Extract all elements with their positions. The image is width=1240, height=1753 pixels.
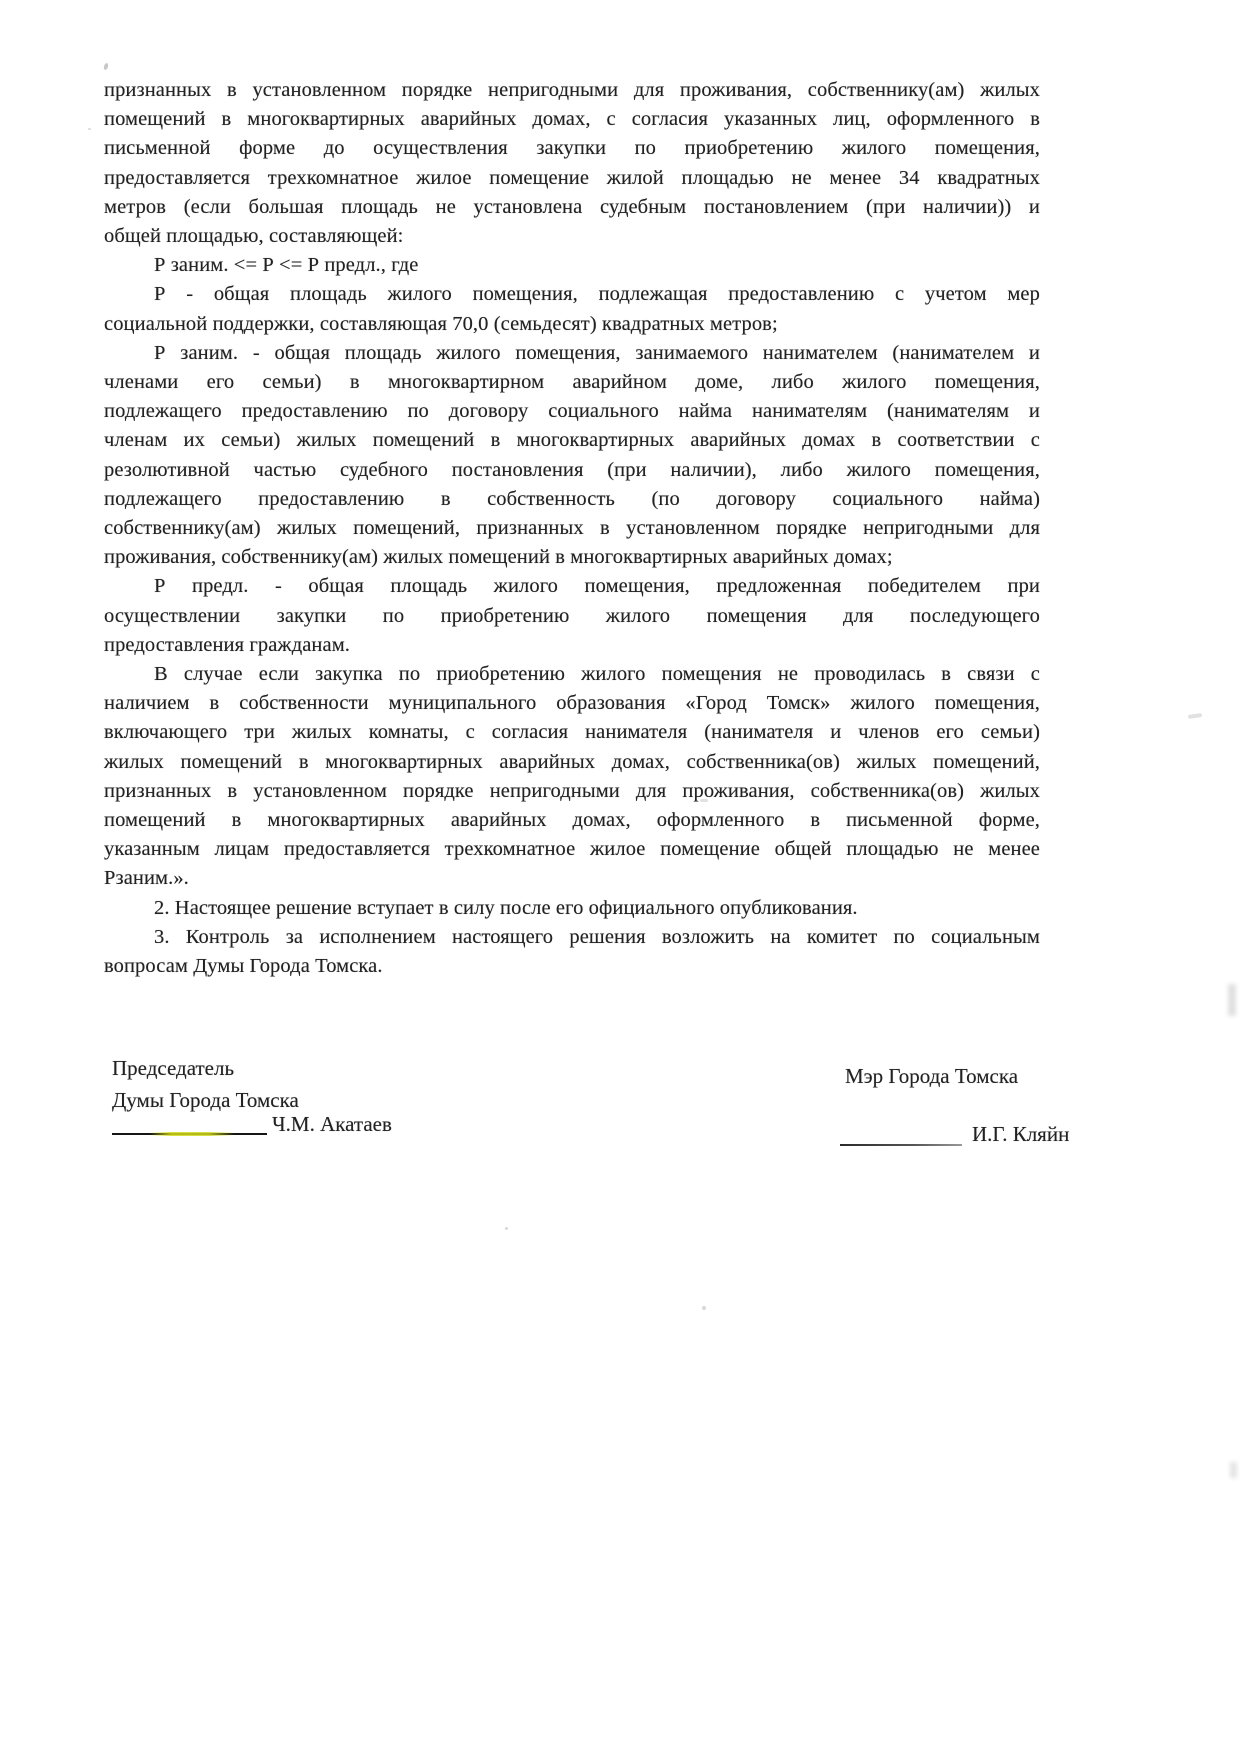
text-line: Р предл. - общая площадь жилого помещени… [104, 572, 1040, 601]
text-line: членами его семьи) в многоквартирном ава… [104, 368, 1040, 397]
scan-smudge [1228, 984, 1236, 1016]
scan-speck [700, 799, 708, 802]
text-line: помещений в многоквартирных аварийных до… [104, 105, 1040, 134]
text-line: 2. Настоящее решение вступает в силу пос… [104, 894, 1040, 923]
signature-right-name: И.Г. Кляйн [972, 1122, 1069, 1147]
text-line: В случае если закупка по приобретению жи… [104, 660, 1040, 689]
scan-speck [702, 1306, 706, 1310]
text-line: 3. Контроль за исполнением настоящего ре… [104, 923, 1040, 952]
text-line: членам их семьи) жилых помещений в много… [104, 426, 1040, 455]
signature-left-name: Ч.М. Акатаев [272, 1112, 392, 1137]
text-line: осуществлении закупки по приобретению жи… [104, 602, 1040, 631]
scanned-document-page: признанных в установленном порядке непри… [0, 0, 1240, 1753]
scan-speck [118, 85, 121, 88]
signature-left-title-line2: Думы Города Томска [112, 1084, 299, 1116]
text-line: помещений в многоквартирных аварийных до… [104, 806, 1040, 835]
document-body-text: признанных в установленном порядке непри… [104, 76, 1040, 981]
text-line: Р заним. - общая площадь жилого помещени… [104, 339, 1040, 368]
signature-right-title-line1: Мэр Города Томска [845, 1060, 1018, 1092]
text-line: предоставления гражданам. [104, 631, 1040, 660]
text-line: наличием в собственности муниципального … [104, 689, 1040, 718]
text-line: предоставляется трехкомнатное жилое поме… [104, 164, 1040, 193]
text-line: Рзаним.». [104, 864, 1040, 893]
scan-speck [88, 128, 91, 130]
signature-left-title: Председатель Думы Города Томска [112, 1052, 299, 1116]
text-line: жилых помещений в многоквартирных аварий… [104, 748, 1040, 777]
text-line: письменной форме до осуществления закупк… [104, 134, 1040, 163]
text-line: подлежащего предоставлению по договору с… [104, 397, 1040, 426]
text-line: признанных в установленном порядке непри… [104, 777, 1040, 806]
text-line: вопросам Думы Города Томска. [104, 952, 1040, 981]
text-line: признанных в установленном порядке непри… [104, 76, 1040, 105]
text-line: указанным лицам предоставляется трехкомн… [104, 835, 1040, 864]
signature-left-line-highlight [150, 1132, 234, 1136]
text-line: Р - общая площадь жилого помещения, подл… [104, 280, 1040, 309]
text-line: метров (если большая площадь не установл… [104, 193, 1040, 222]
text-line: общей площадью, составляющей: [104, 222, 1040, 251]
text-line: подлежащего предоставлению в собственнос… [104, 485, 1040, 514]
signature-right-line [840, 1144, 962, 1146]
text-line: Р заним. <= Р <= Р предл., где [104, 251, 1040, 280]
scan-smudge [1230, 1462, 1237, 1478]
text-line: включающего три жилых комнаты, с согласи… [104, 718, 1040, 747]
text-line: резолютивной частью судебного постановле… [104, 456, 1040, 485]
text-line: проживания, собственнику(ам) жилых помещ… [104, 543, 1040, 572]
signature-left-title-line1: Председатель [112, 1052, 299, 1084]
signature-right-title: Мэр Города Томска [845, 1060, 1018, 1092]
scan-speck [505, 1227, 508, 1230]
signature-left-line [112, 1133, 267, 1135]
text-line: социальной поддержки, составляющая 70,0 … [104, 310, 1040, 339]
scan-speck [103, 63, 109, 71]
scan-speck [1188, 713, 1202, 719]
text-line: собственнику(ам) жилых помещений, призна… [104, 514, 1040, 543]
